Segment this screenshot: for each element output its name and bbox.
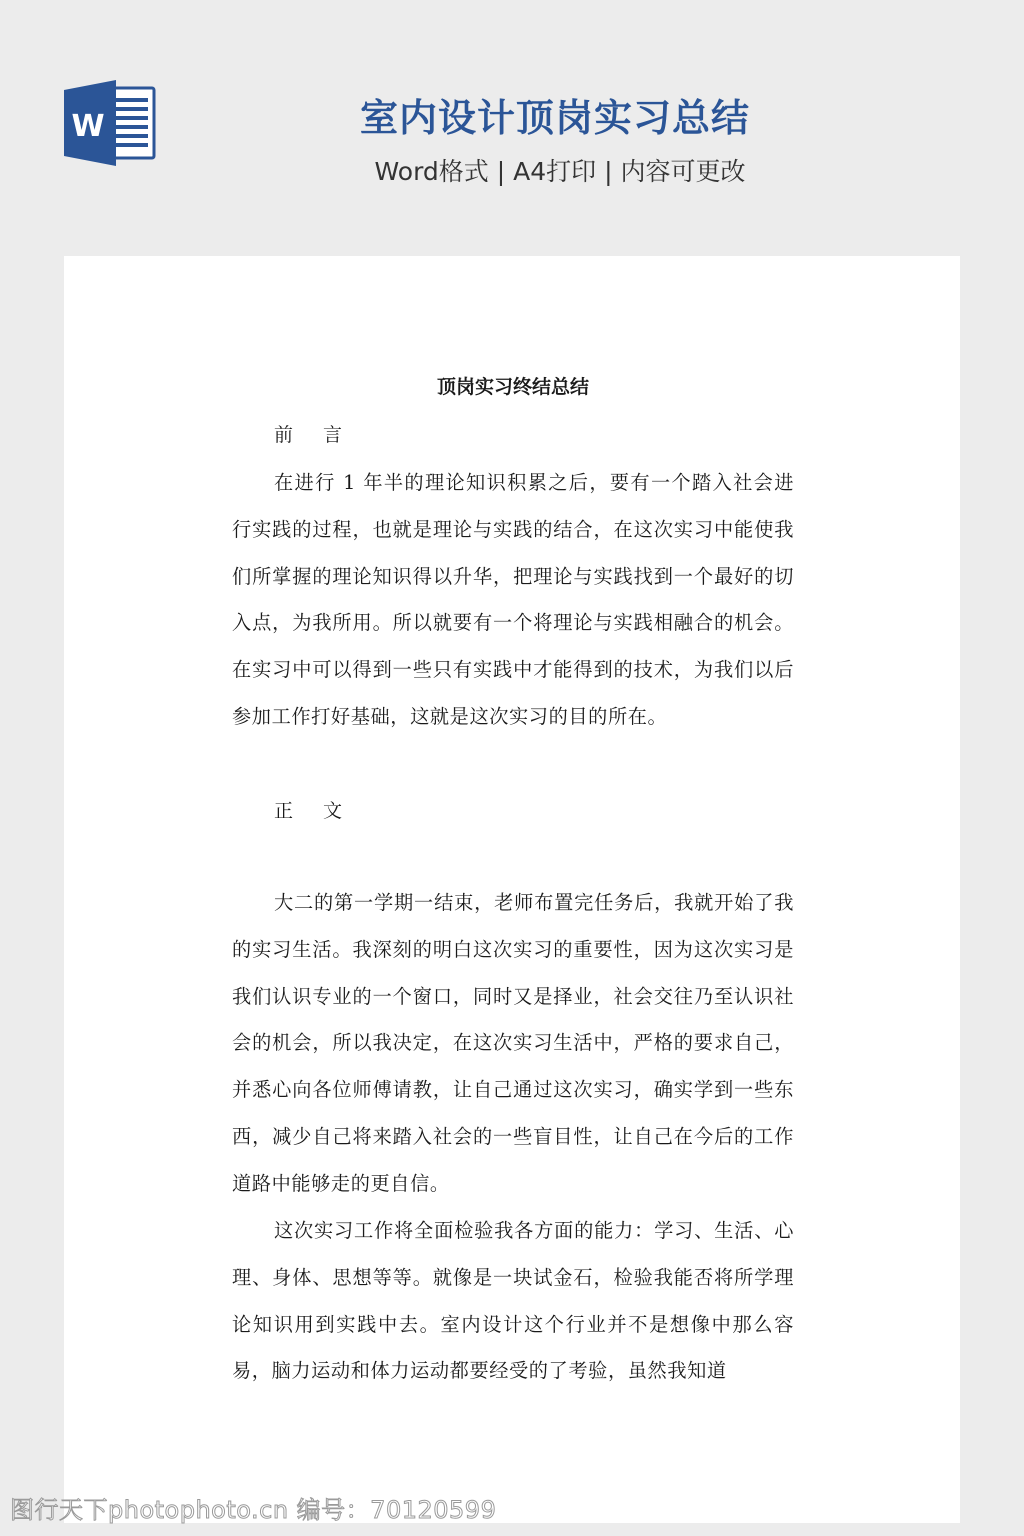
preface-paragraph: 在进行 1 年半的理论知识积累之后，要有一个踏入社会进行实践的过程，也就是理论与… [232,460,794,741]
watermark: 图行天下photophoto.cn 编号：70120599 [10,1490,496,1525]
body-paragraph: 这次实习工作将全面检验我各方面的能力：学习、生活、心理、身体、思想等等。就像是一… [232,1208,794,1395]
page-title: 室内设计顶岗实习总结 [300,92,810,144]
document-page: 顶岗实习终结总结 前言 在进行 1 年半的理论知识积累之后，要有一个踏入社会进行… [64,256,960,1523]
body-paragraph: 大二的第一学期一结束，老师布置完任务后，我就开始了我的实习生活。我深刻的明白这次… [232,880,794,1208]
section-heading-body: 正文 [274,796,342,826]
section-heading-preface: 前言 [274,420,342,450]
document-title: 顶岗实习终结总结 [232,372,794,402]
page-subtitle: Word格式 | A4打印 | 内容可更改 [300,152,820,192]
word-document-icon: W [64,80,158,166]
svg-text:W: W [71,109,104,144]
